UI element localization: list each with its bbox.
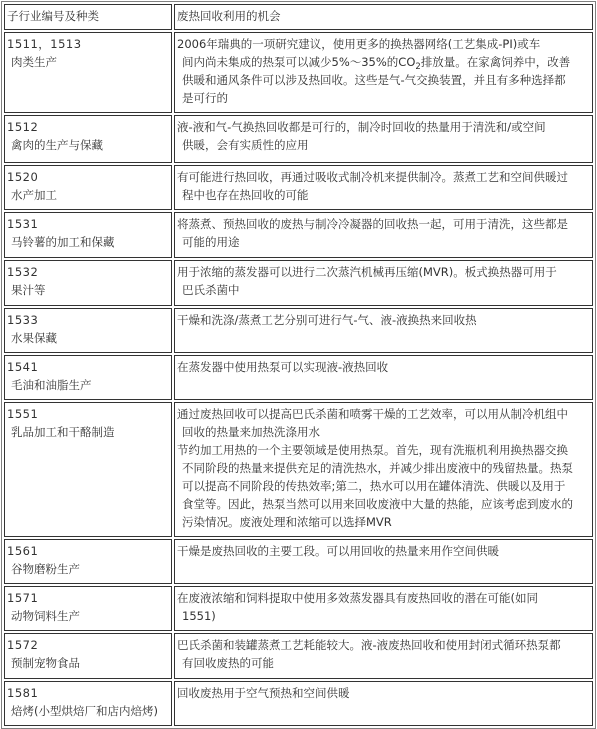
opportunity-cell: 干燥是废热回收的主要工段。可以用回收的热量来用作空间供暖 [174,539,593,584]
table-row: 1533水果保藏干燥和洗涤/蒸煮工艺分别可进行气-气、液-液换热来回收热 [4,308,593,353]
text-segment: 液-液和气-气换热回收都是可行的，制冷时回收的热量用于清洗和/或空间 [177,120,546,134]
subsector-cell: 1531马铃薯的加工和保藏 [4,212,172,258]
table-row: 1572预制宠物食品巴氏杀菌和装罐蒸煮工艺耗能较大。液-液废热回收和使用封闭式循… [4,633,593,679]
opportunity-cell: 巴氏杀菌和装罐蒸煮工艺耗能较大。液-液废热回收和使用封闭式循环热泵都有回收废热的… [174,633,593,679]
opportunity-text-line: 用于浓缩的蒸发器可以进行二次蒸汽机械再压缩(MVR)。板式换热器可用于 [177,263,590,281]
text-segment: 是可行的 [182,91,228,105]
text-segment: 供暖，会有实质性的应用 [182,138,309,152]
subsector-cell: 1581焙烤(小型烘焙厂和店内焙烤) [4,681,172,688]
subsector-cell: 1541毛油和油脂生产 [4,355,172,400]
subsector-cell: 1520水产加工 [4,165,172,210]
opportunity-text-line: 污染情况。废液处理和浓缩可以选择MVR [177,513,590,531]
subsector-code: 1533 [7,311,169,329]
opportunity-text-line: 2006年瑞典的一项研究建议，使用更多的换热器网络(工艺集成-PI)或车 [177,35,590,53]
opportunity-text-line: 1551) [177,607,590,625]
text-segment: 有回收废热的可能 [182,656,274,670]
opportunity-text-line: 有回收废热的可能 [177,654,590,672]
opportunity-text-line: 回收废热用于空气预热和空间供暖 [177,684,590,688]
text-segment: 有可能进行热回收，再通过吸收式制冷机来提供制冷。蒸煮工艺和空间供暖过 [177,170,568,184]
text-segment: 巴氏杀菌中 [182,283,240,297]
opportunity-text-line: 是可行的 [177,89,590,107]
opportunity-cell: 回收废热用于空气预热和空间供暖 [174,681,593,688]
opportunity-text-line: 有可能进行热回收，再通过吸收式制冷机来提供制冷。蒸煮工艺和空间供暖过 [177,168,590,186]
subsector-cell: 1532果汁等 [4,260,172,306]
opportunity-cell: 用于浓缩的蒸发器可以进行二次蒸汽机械再压缩(MVR)。板式换热器可用于巴氏杀菌中 [174,260,593,306]
text-segment: 程中也存在热回收的可能 [182,188,309,202]
subsector-cell: 1511，1513肉类生产 [4,32,172,113]
header-subsector: 子行业编号及种类 [4,4,172,30]
subsector-code: 1531 [7,215,169,233]
text-segment: 在废液浓缩和饲料提取中使用多效蒸发器具有废热回收的潜在可能(如同 [177,591,538,605]
opportunity-text-line: 在废液浓缩和饲料提取中使用多效蒸发器具有废热回收的潜在可能(如同 [177,589,590,607]
table-row: 1520水产加工有可能进行热回收，再通过吸收式制冷机来提供制冷。蒸煮工艺和空间供… [4,165,593,210]
opportunity-cell: 液-液和气-气换热回收都是可行的，制冷时回收的热量用于清洗和/或空间供暖，会有实… [174,115,593,163]
opportunity-text-line: 回收的热量来加热洗涤用水 [177,423,590,441]
opportunity-text-line: 食堂等。因此，热泵当然可以用来回收废液中大量的热能，应该考虑到废水的 [177,495,590,513]
text-segment: 可以提高不同阶段的传热效率;第二，热水可以用在罐体清洗、供暖以及用于 [182,479,565,493]
subsector-name: 毛油和油脂生产 [7,376,169,394]
table-row: 1531马铃薯的加工和保藏将蒸煮、预热回收的废热与制冷冷凝器的回收热一起，可用于… [4,212,593,258]
text-segment: 排放量。在家禽饲养中，改善 [421,55,571,69]
opportunity-text-line: 将蒸煮、预热回收的废热与制冷冷凝器的回收热一起，可用于清洗，这些都是 [177,215,590,233]
subsector-name: 动物饲料生产 [7,607,169,625]
subsector-name: 预制宠物食品 [7,654,169,672]
text-segment: 干燥是废热回收的主要工段。可以用回收的热量来用作空间供暖 [177,544,499,558]
text-segment: 干燥和洗涤/蒸煮工艺分别可进行气-气、液-液换热来回收热 [177,313,477,327]
subsector-name: 谷物磨粉生产 [7,560,169,578]
opportunity-text-line: 液-液和气-气换热回收都是可行的，制冷时回收的热量用于清洗和/或空间 [177,118,590,136]
text-segment: 回收的热量来加热洗涤用水 [182,425,320,439]
opportunity-text-line: 通过废热回收可以提高巴氏杀菌和喷雾干燥的工艺效率，可以用从制冷机组中 [177,405,590,423]
text-segment: 污染情况。废液处理和浓缩可以选择MVR [182,515,392,529]
subsector-name: 肉类生产 [7,53,169,71]
table-row: 1532果汁等用于浓缩的蒸发器可以进行二次蒸汽机械再压缩(MVR)。板式换热器可… [4,260,593,306]
opportunity-text-line: 不同阶段的热量来提供充足的清洗热水，并减少排出废液中的残留热量。热泵 [177,459,590,477]
opportunity-cell: 将蒸煮、预热回收的废热与制冷冷凝器的回收热一起，可用于清洗，这些都是可能的用途 [174,212,593,258]
opportunity-cell: 通过废热回收可以提高巴氏杀菌和喷雾干燥的工艺效率，可以用从制冷机组中回收的热量来… [174,402,593,537]
opportunity-text-line: 程中也存在热回收的可能 [177,186,590,204]
subsector-name: 果汁等 [7,281,169,299]
text-segment: 间内尚未集成的热泵可以减少5%～35%的CO [182,55,415,69]
opportunity-text-line: 供暖，会有实质性的应用 [177,136,590,154]
table-row: 1541毛油和油脂生产在蒸发器中使用热泵可以实现液-液热回收 [4,355,593,400]
opportunity-text-line: 可以提高不同阶段的传热效率;第二，热水可以用在罐体清洗、供暖以及用于 [177,477,590,495]
subsector-cell: 1533水果保藏 [4,308,172,353]
subsector-code: 1520 [7,168,169,186]
subsector-code: 1511，1513 [7,35,169,53]
text-segment: 2006年瑞典的一项研究建议，使用更多的换热器网络(工艺集成-PI)或车 [177,37,540,51]
table-row: 1581焙烤(小型烘焙厂和店内焙烤)回收废热用于空气预热和空间供暖 [4,681,593,688]
table-row: 1511，1513肉类生产2006年瑞典的一项研究建议，使用更多的换热器网络(工… [4,32,593,113]
subsector-code: 1551 [7,405,169,423]
subsector-name: 水果保藏 [7,329,169,347]
subsector-code: 1572 [7,636,169,654]
text-segment: 巴氏杀菌和装罐蒸煮工艺耗能较大。液-液废热回收和使用封闭式循环热泵都 [177,638,561,652]
subsector-name: 乳品加工和干酪制造 [7,423,169,441]
opportunity-text-line: 干燥是废热回收的主要工段。可以用回收的热量来用作空间供暖 [177,542,590,560]
text-segment: 在蒸发器中使用热泵可以实现液-液热回收 [177,360,388,374]
text-segment: 节约加工用热的一个主要领域是使用热泵。首先，现有洗瓶机利用换热器交换 [177,443,568,457]
opportunity-text-line: 巴氏杀菌中 [177,281,590,299]
subsector-code: 1532 [7,263,169,281]
text-segment: 通过废热回收可以提高巴氏杀菌和喷雾干燥的工艺效率，可以用从制冷机组中 [177,407,568,421]
table-header-row: 子行业编号及种类 废热回收利用的机会 [4,4,593,30]
opportunity-text-line: 供暖和通风条件可以涉及热回收。这些是气-气交换装置，并且有多种选择都 [177,71,590,89]
subsector-name: 水产加工 [7,186,169,204]
opportunity-cell: 在废液浓缩和饲料提取中使用多效蒸发器具有废热回收的潜在可能(如同1551) [174,586,593,631]
opportunity-text-line: 干燥和洗涤/蒸煮工艺分别可进行气-气、液-液换热来回收热 [177,311,590,329]
table-row: 1512禽肉的生产与保藏液-液和气-气换热回收都是可行的，制冷时回收的热量用于清… [4,115,593,163]
subsector-code: 1512 [7,118,169,136]
subsector-cell: 1551乳品加工和干酪制造 [4,402,172,537]
subsector-name: 马铃薯的加工和保藏 [7,233,169,251]
subsector-code: 1581 [7,684,169,688]
opportunity-text-line: 巴氏杀菌和装罐蒸煮工艺耗能较大。液-液废热回收和使用封闭式循环热泵都 [177,636,590,654]
text-segment: 不同阶段的热量来提供充足的清洗热水，并减少排出废液中的残留热量。热泵 [182,461,573,475]
opportunity-text-line: 可能的用途 [177,233,590,251]
waste-heat-table: 子行业编号及种类 废热回收利用的机会 1511，1513肉类生产2006年瑞典的… [1,1,596,688]
subsector-name: 禽肉的生产与保藏 [7,136,169,154]
table-row: 1571动物饲料生产在废液浓缩和饲料提取中使用多效蒸发器具有废热回收的潜在可能(… [4,586,593,631]
opportunity-cell: 2006年瑞典的一项研究建议，使用更多的换热器网络(工艺集成-PI)或车间内尚未… [174,32,593,113]
subsector-cell: 1571动物饲料生产 [4,586,172,631]
text-segment: 供暖和通风条件可以涉及热回收。这些是气-气交换装置，并且有多种选择都 [182,73,566,87]
opportunity-text-line: 在蒸发器中使用热泵可以实现液-液热回收 [177,358,590,376]
subsector-code: 1561 [7,542,169,560]
subsector-code: 1541 [7,358,169,376]
opportunity-text-line: 间内尚未集成的热泵可以减少5%～35%的CO2排放量。在家禽饲养中，改善 [177,53,590,71]
opportunity-cell: 在蒸发器中使用热泵可以实现液-液热回收 [174,355,593,400]
opportunity-cell: 有可能进行热回收，再通过吸收式制冷机来提供制冷。蒸煮工艺和空间供暖过程中也存在热… [174,165,593,210]
text-segment: 食堂等。因此，热泵当然可以用来回收废液中大量的热能，应该考虑到废水的 [182,497,573,511]
subsector-code: 1571 [7,589,169,607]
text-segment: 用于浓缩的蒸发器可以进行二次蒸汽机械再压缩(MVR)。板式换热器可用于 [177,265,557,279]
subsector-cell: 1572预制宠物食品 [4,633,172,679]
text-segment: 可能的用途 [182,235,240,249]
text-segment: 1551) [182,609,216,623]
subsector-cell: 1512禽肉的生产与保藏 [4,115,172,163]
text-segment: 将蒸煮、预热回收的废热与制冷冷凝器的回收热一起，可用于清洗，这些都是 [177,217,568,231]
opportunity-text-line: 节约加工用热的一个主要领域是使用热泵。首先，现有洗瓶机利用换热器交换 [177,441,590,459]
opportunity-cell: 干燥和洗涤/蒸煮工艺分别可进行气-气、液-液换热来回收热 [174,308,593,353]
table-row: 1561谷物磨粉生产干燥是废热回收的主要工段。可以用回收的热量来用作空间供暖 [4,539,593,584]
header-opportunity: 废热回收利用的机会 [174,4,593,30]
table-row: 1551乳品加工和干酪制造通过废热回收可以提高巴氏杀菌和喷雾干燥的工艺效率，可以… [4,402,593,537]
subsector-cell: 1561谷物磨粉生产 [4,539,172,584]
